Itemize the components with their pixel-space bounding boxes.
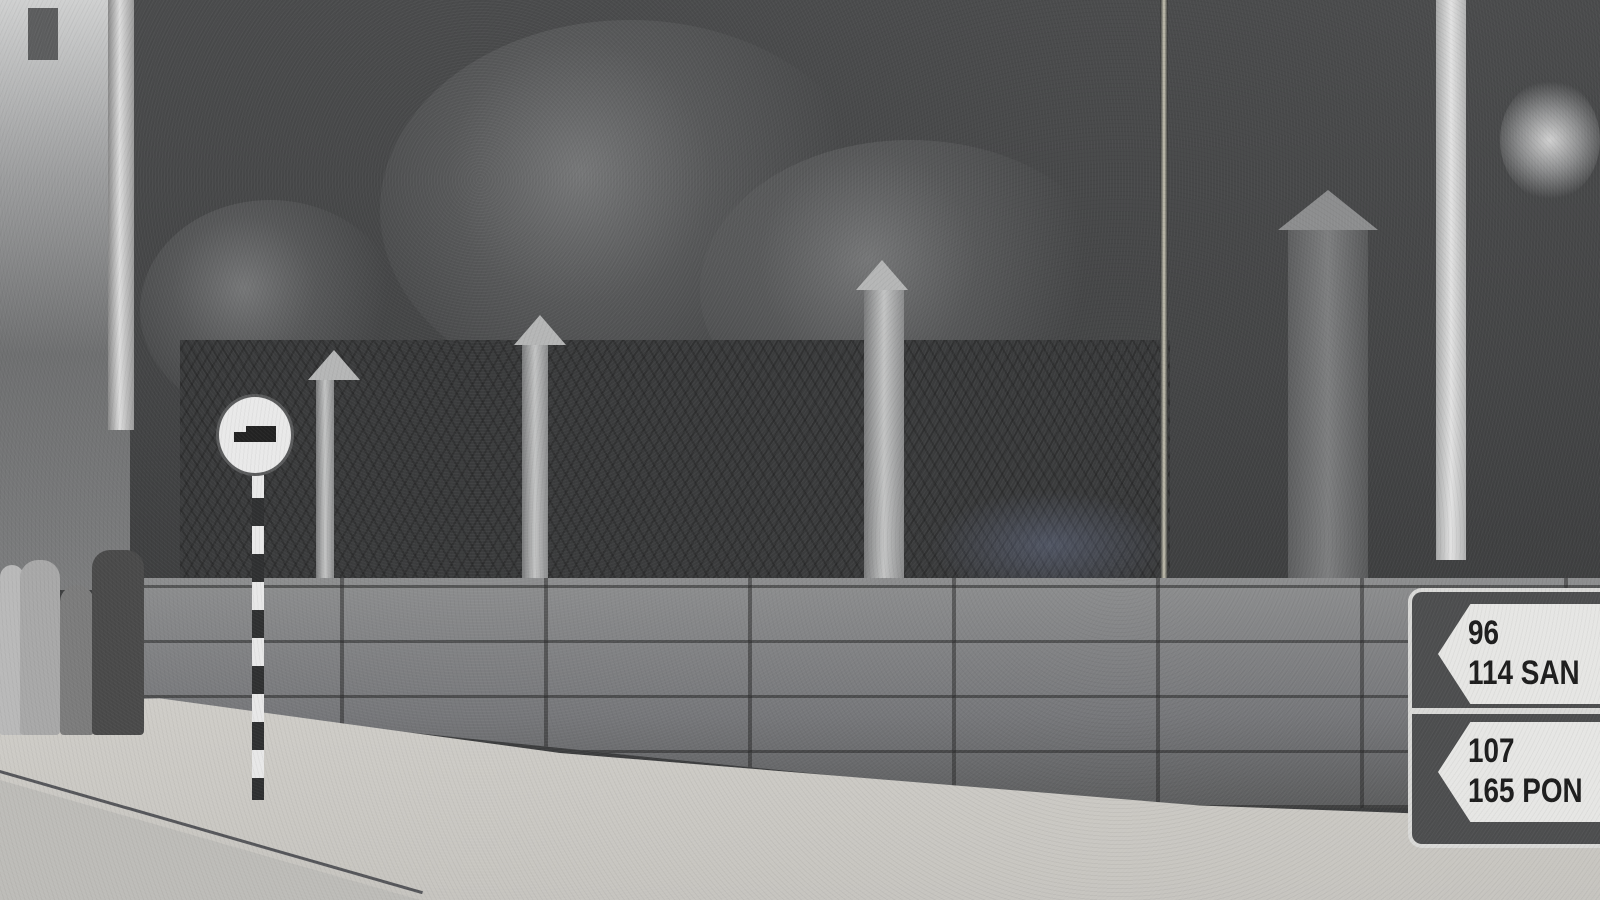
sign-destination: 114 SAN: [1468, 654, 1580, 693]
gate-pier: [1288, 230, 1368, 590]
sign-destination: 165 PON: [1468, 772, 1583, 811]
fence-post: [316, 380, 334, 590]
street-photo: 96 114 SAN 107 165 PON: [0, 0, 1600, 900]
truck-icon: [234, 426, 276, 444]
tree-foliage-right: [1500, 80, 1600, 200]
sign-divider: [1412, 708, 1600, 714]
no-trucks-sign: [216, 394, 294, 476]
fence-post: [522, 345, 548, 595]
pedestrian: [20, 560, 60, 735]
pedestrians-group: [0, 545, 150, 735]
utility-pole-right: [1436, 0, 1466, 560]
direction-sign: 96 114 SAN: [1438, 604, 1600, 704]
sign-pole: [252, 470, 264, 800]
utility-pole-left: [108, 0, 134, 430]
direction-sign-panel: 96 114 SAN 107 165 PON: [1408, 588, 1600, 848]
fence-post: [864, 290, 904, 590]
sign-distance: 96: [1468, 614, 1499, 653]
pedestrian: [92, 550, 144, 735]
direction-sign: 107 165 PON: [1438, 722, 1600, 822]
pedestrian: [60, 585, 94, 735]
sign-distance: 107: [1468, 732, 1515, 771]
building-window: [28, 8, 58, 60]
